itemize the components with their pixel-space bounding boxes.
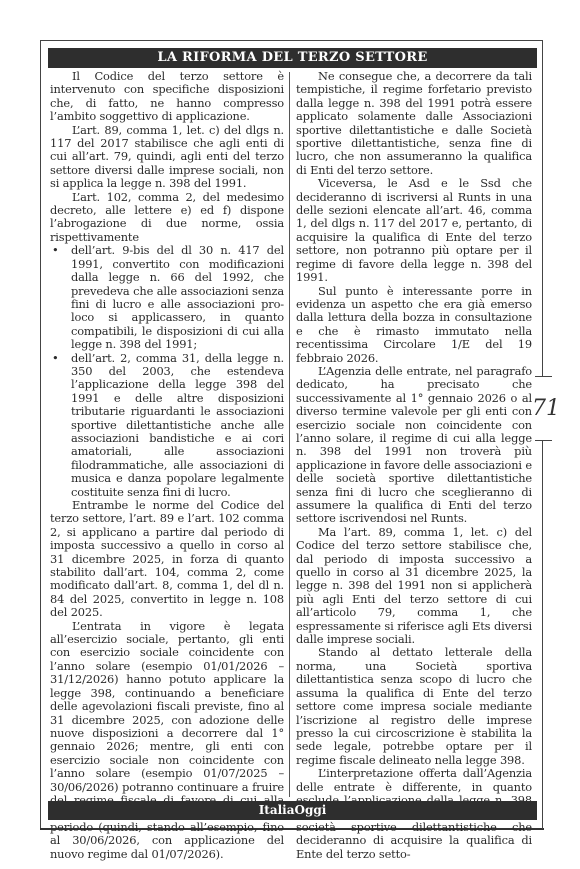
paragraph: Sul punto è interessante porre in eviden… (296, 285, 532, 365)
column-divider (289, 72, 290, 797)
footer-bar: ItaliaOggi (48, 801, 537, 820)
paragraph: Entrambe le norme del Codice del terzo s… (50, 499, 284, 620)
frame-border-top (40, 40, 543, 41)
frame-border-left (40, 40, 41, 829)
section-title: LA RIFORMA DEL TERZO SETTORE (157, 50, 427, 65)
paragraph: L’Agenzia delle entrate, nel paragrafo d… (296, 365, 532, 526)
page-number-bracket-top (535, 376, 552, 377)
page-number: 71 (532, 396, 560, 421)
paragraph: L’entrata in vigore è legata all’eserciz… (50, 620, 284, 861)
paragraph: Ne consegue che, a decorrere da tali tem… (296, 70, 532, 177)
bullet-icon: • (52, 244, 59, 257)
abrogation-list: • dell’art. 9-bis del dl 30 n. 417 del 1… (50, 244, 284, 499)
frame-border-right-upper (542, 40, 543, 377)
paragraph: L’art. 102, comma 2, del medesimo decret… (50, 191, 284, 245)
list-item-text: dell’art. 9-bis del dl 30 n. 417 del 199… (71, 243, 284, 351)
publication-logo: ItaliaOggi (259, 803, 327, 817)
section-title-bar: LA RIFORMA DEL TERZO SETTORE (48, 48, 537, 68)
frame-border-right-lower (542, 440, 543, 829)
article-column-right: Ne consegue che, a decorrere da tali tem… (296, 70, 532, 861)
list-item: • dell’art. 2, comma 31, della legge n. … (50, 352, 284, 499)
paragraph: Il Codice del terzo settore è intervenut… (50, 70, 284, 124)
paragraph: Ma l’art. 89, comma 1, let. c) del Codic… (296, 526, 532, 647)
paragraph: L’art. 89, comma 1, let. c) del dlgs n. … (50, 124, 284, 191)
paragraph: Stando al dettato letterale della norma,… (296, 646, 532, 767)
article-column-left: Il Codice del terzo settore è intervenut… (50, 70, 284, 861)
page-number-bracket-bottom (535, 440, 552, 441)
list-item: • dell’art. 9-bis del dl 30 n. 417 del 1… (50, 244, 284, 351)
list-item-text: dell’art. 2, comma 31, della legge n. 35… (71, 351, 284, 499)
paragraph: Viceversa, le Asd e le Ssd che decideran… (296, 177, 532, 284)
bullet-icon: • (52, 352, 59, 365)
